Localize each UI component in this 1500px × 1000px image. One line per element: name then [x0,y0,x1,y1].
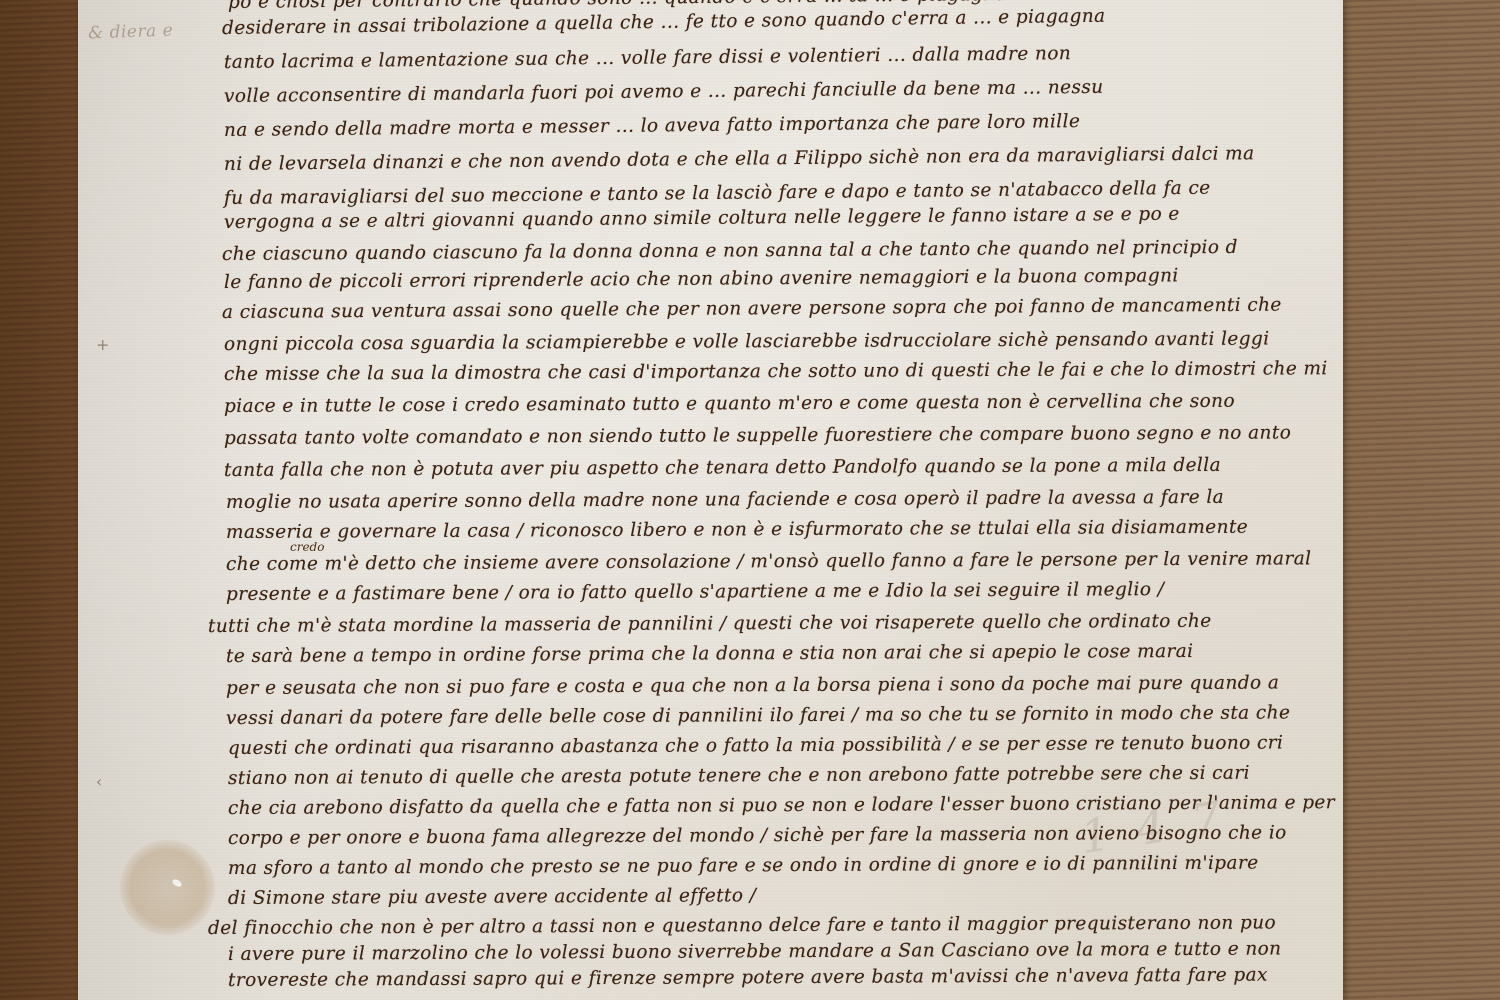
text-line: ongni piccola cosa sguardia la sciampier… [224,329,1270,355]
text-line: a ciascuna sua ventura assai sono quelle… [222,295,1282,323]
text-line: masseria e governare la casa / riconosco… [226,517,1248,543]
text-line: ni de levarsela dinanzi e che non avendo… [224,143,1255,175]
text-line: questi che ordinati qua risaranno abasta… [228,732,1283,759]
text-line: le fanno de piccoli errori riprenderle a… [224,265,1179,293]
text-line: che come m'è detto che insieme avere con… [226,548,1312,575]
text-line: stiano non ai tenuto di quelle che arest… [228,763,1250,789]
text-line: presente e a fastimare bene / ora io fat… [226,579,1164,605]
text-line: passata tanto volte comandato e non sien… [224,422,1291,449]
text-line: che ciascuno quando ciascuno fa la donna… [222,237,1238,265]
text-line: che cia arebono disfatto da quella che e… [228,792,1335,819]
text-line: piace e in tutte le cose i credo esamina… [224,391,1235,417]
interlinear-note: credo [290,540,324,554]
text-line: ma sforo a tanto al mondo che presto se … [228,853,1259,879]
text-line: del finocchio che non è per altro a tass… [208,912,1276,939]
text-line: di Simone stare piu aveste avere acciden… [228,885,756,909]
handwritten-text-body: po e chosi per contrario che quando sono… [0,0,1500,1000]
text-line: tutti che m'è stata mordine la masseria … [208,611,1212,637]
text-line: tanta falla che non è potuta aver piu as… [224,455,1221,481]
text-line: moglie no usata aperire sonno della madr… [226,487,1224,513]
text-line: volle acconsentire di mandarla fuori poi… [224,77,1104,107]
text-line: per e seusata che non si puo fare e cost… [226,672,1279,699]
text-line: vessi danari da potere fare delle belle … [226,702,1290,729]
text-line: che misse che la sua la dimostra che cas… [224,358,1328,385]
text-line: na e sendo della madre morta e messer ..… [224,111,1080,141]
text-line: vergogna a se e altri giovanni quando an… [224,204,1180,233]
text-line: corpo e per onore e buona fama allegrezz… [228,822,1287,849]
text-line: te sarà bene a tempo in ordine forse pri… [226,641,1194,667]
text-line: tanto lacrima e lamentazione sua che ...… [224,43,1071,73]
text-line: trovereste che mandassi sapro qui e fire… [228,965,1268,991]
text-line: i avere pure il marzolino che lo volessi… [228,938,1282,965]
